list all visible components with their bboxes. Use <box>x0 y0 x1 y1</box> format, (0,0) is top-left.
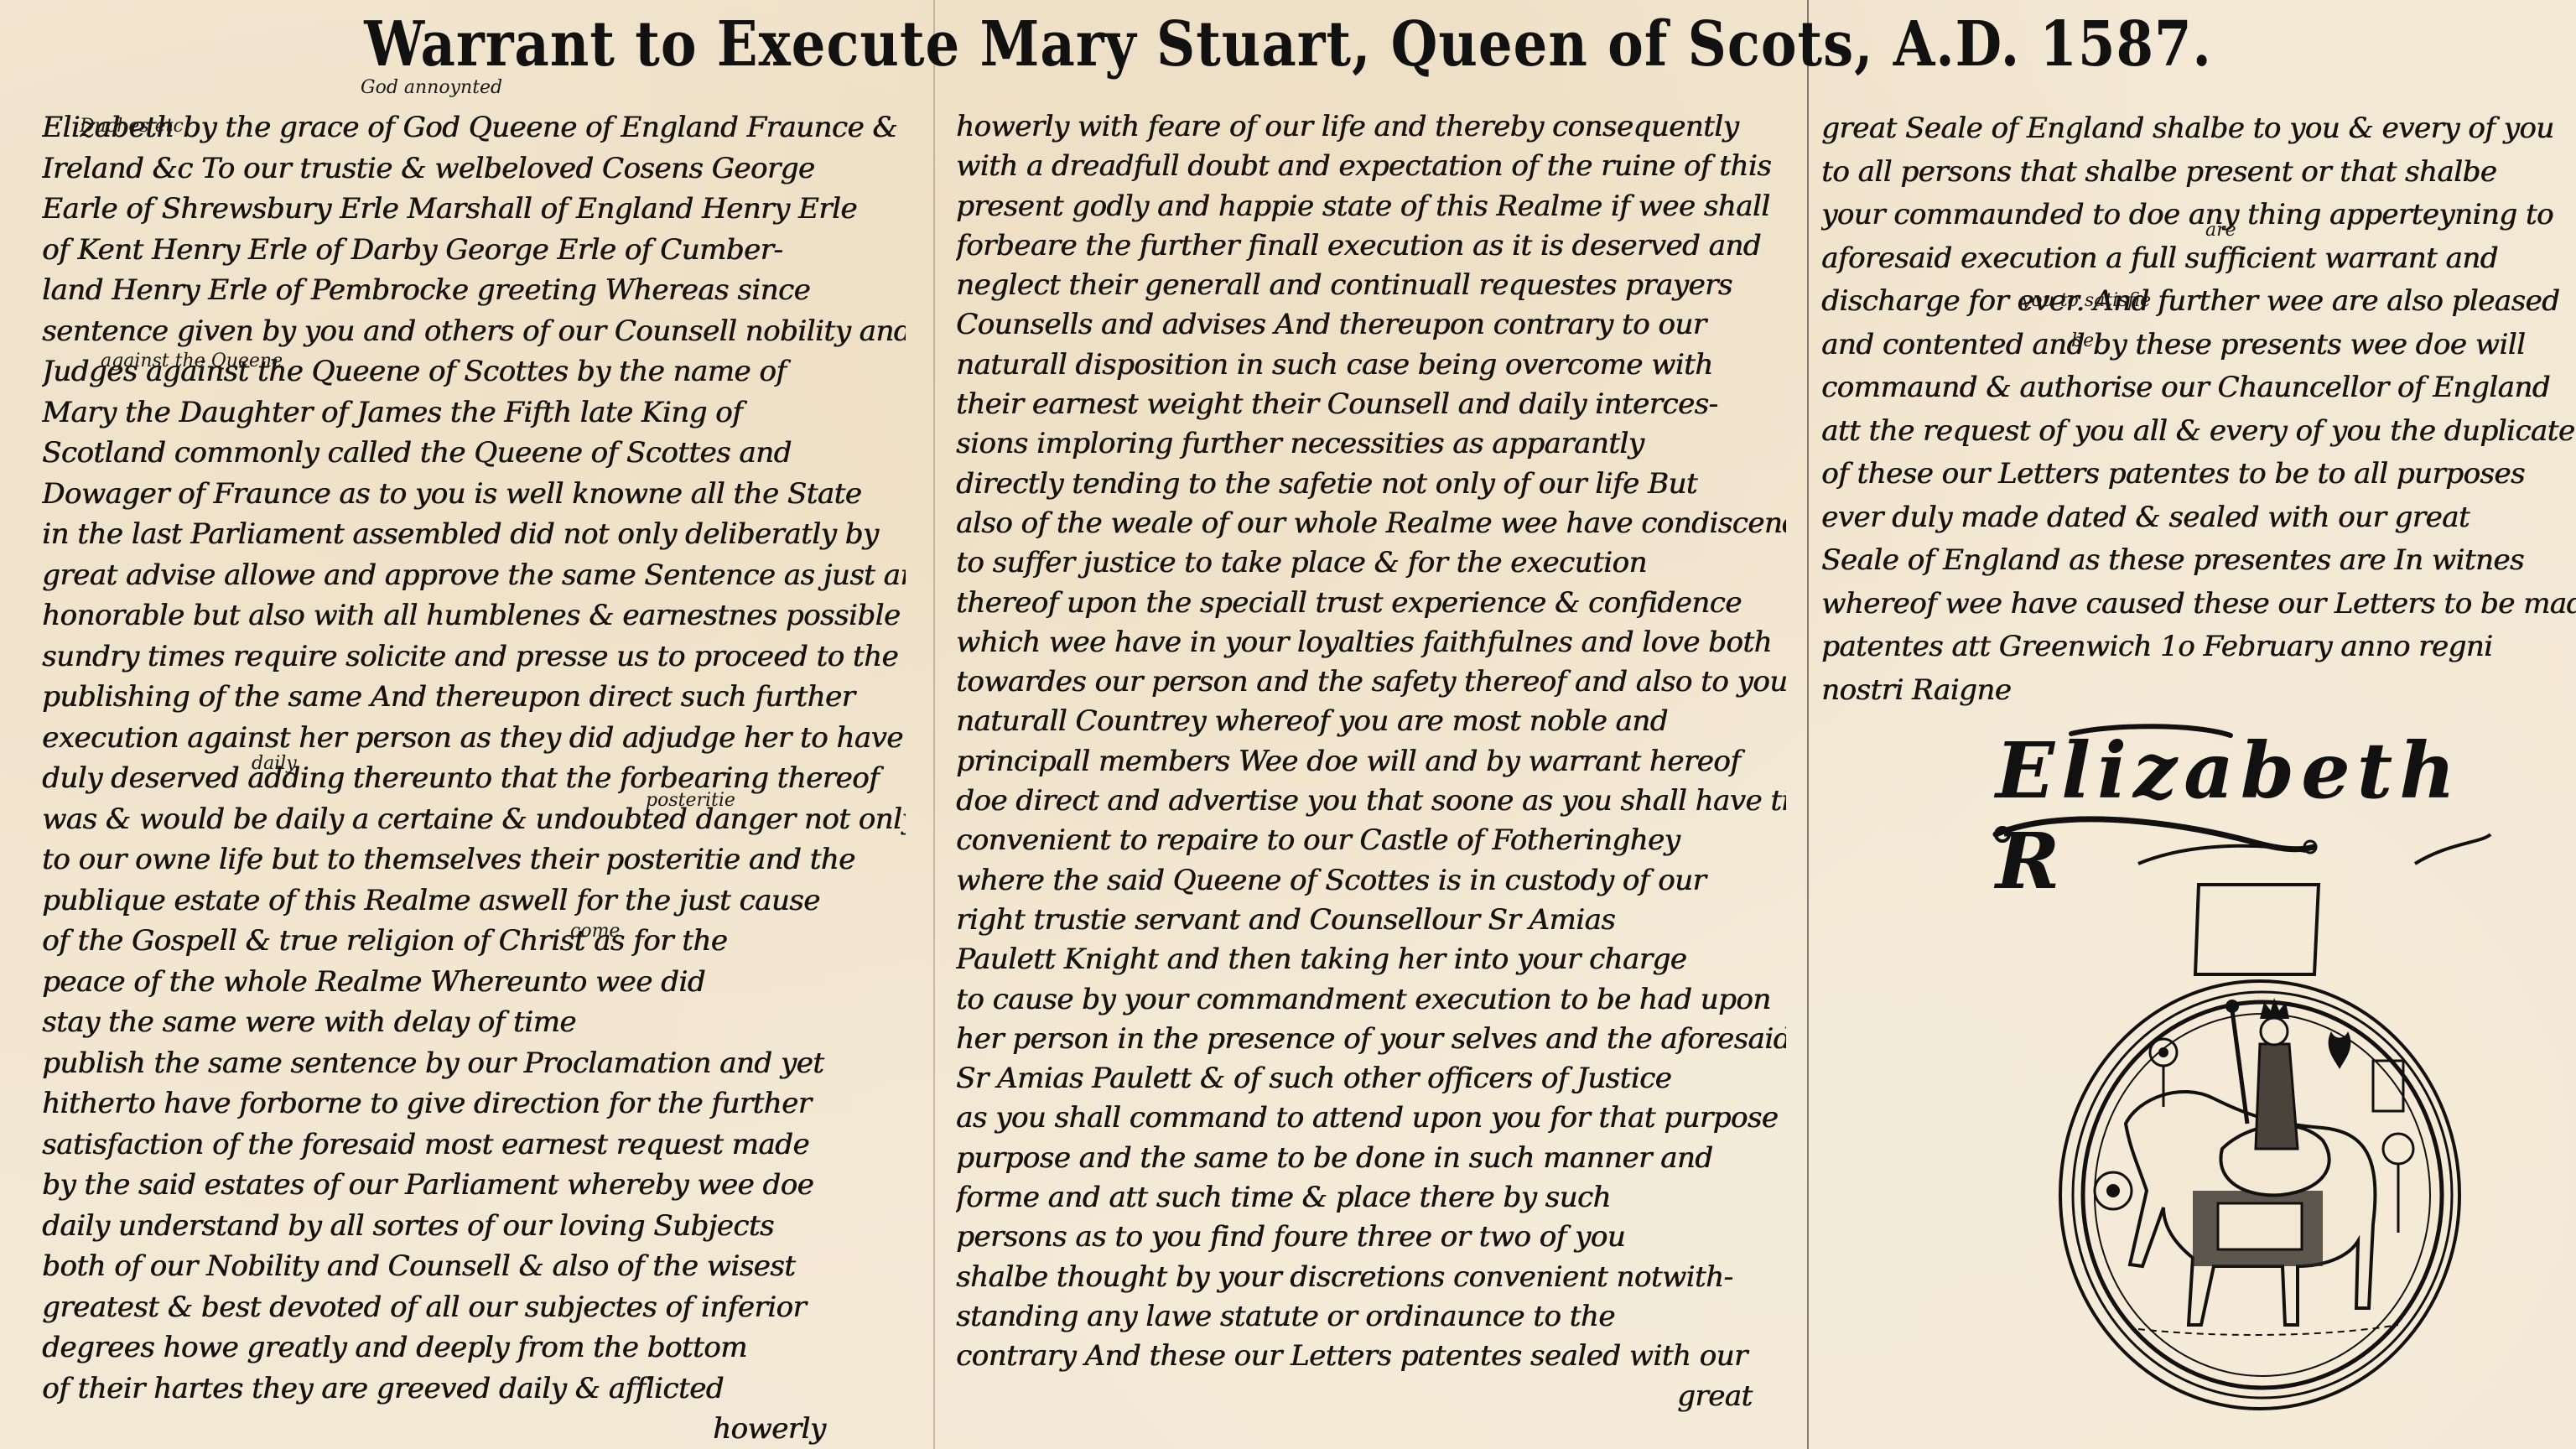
manuscript-line: nostri Raigne <box>1821 669 2576 713</box>
manuscript-line: forme and att such time & place there by… <box>956 1178 1786 1218</box>
manuscript-line: Earle of Shrewsbury Erle Marshall of Eng… <box>42 189 906 230</box>
manuscript-line: to our owne life but to themselves their… <box>42 839 906 880</box>
manuscript-line: publishing of the same And thereupon dir… <box>42 677 906 718</box>
manuscript-line: their earnest weight their Counsell and … <box>956 385 1786 424</box>
catchword: great <box>956 1377 1786 1416</box>
manuscript-line: great advise allowe and approve the same… <box>42 555 906 596</box>
interlinear-note: come <box>570 921 620 942</box>
manuscript-line: duly deserved adding thereunto that the … <box>42 758 906 799</box>
manuscript-line: her person in the presence of your selve… <box>956 1020 1786 1059</box>
manuscript-line: towardes our person and the safety there… <box>956 662 1786 702</box>
interlinear-note: God annoynted <box>361 77 502 98</box>
manuscript-line: contrary And these our Letters patentes … <box>956 1337 1786 1376</box>
manuscript-line: in the last Parliament assembled did not… <box>42 514 906 555</box>
interlinear-note: posteritie <box>646 790 735 811</box>
manuscript-line: of Kent Henry Erle of Darby George Erle … <box>42 230 906 271</box>
manuscript-line: publique estate of this Realme aswell fo… <box>42 880 906 922</box>
interlinear-note: you to satisfie <box>2021 290 2151 311</box>
fold-line-right <box>1807 0 1809 1449</box>
manuscript-line: whereof wee have caused these our Letter… <box>1821 583 2576 626</box>
fold-line-left <box>933 0 935 1449</box>
manuscript-line: of the Gospell & true religion of Christ… <box>42 921 906 962</box>
manuscript-line: ever duly made dated & sealed with our g… <box>1821 496 2576 540</box>
manuscript-line: stay the same were with delay of time <box>42 1002 906 1043</box>
manuscript-line: principall members Wee doe will and by w… <box>956 742 1786 782</box>
manuscript-line: doe direct and advertise you that soone … <box>956 782 1786 821</box>
manuscript-line: right trustie servant and Counsellour Sr… <box>956 901 1786 940</box>
manuscript-line: Counsells and advises And thereupon cont… <box>956 305 1786 345</box>
manuscript-line: of their hartes they are greeved daily &… <box>42 1368 906 1410</box>
royal-signature: Elizabeth R <box>1979 717 2499 876</box>
manuscript-line: greatest & best devoted of all our subje… <box>42 1287 906 1328</box>
manuscript-line: sions imploring further necessities as a… <box>956 424 1786 464</box>
manuscript-line: Ireland &c To our trustie & welbeloved C… <box>42 148 906 190</box>
text-column-3: great Seale of England shalbe to you & e… <box>1821 107 2576 712</box>
manuscript-line: by the said estates of our Parliament wh… <box>42 1165 906 1206</box>
manuscript-line: Scotland commonly called the Queene of S… <box>42 433 906 474</box>
manuscript-line: was & would be daily a certaine & undoub… <box>42 799 906 840</box>
manuscript-line: where the said Queene of Scottes is in c… <box>956 861 1786 901</box>
manuscript-line: neglect their generall and continuall re… <box>956 266 1786 305</box>
manuscript-line: Sr Amias Paulett & of such other officer… <box>956 1059 1786 1098</box>
manuscript-line: patentes att Greenwich 1o February anno … <box>1821 626 2576 669</box>
manuscript-line: naturall disposition in such case being … <box>956 345 1786 385</box>
manuscript-line: as you shall command to attend upon you … <box>956 1098 1786 1138</box>
manuscript-line: convenient to repaire to our Castle of F… <box>956 821 1786 860</box>
manuscript-line: to suffer justice to take place & for th… <box>956 543 1786 583</box>
text-column-1: Elizabeth by the grace of God Queene of … <box>42 107 906 1449</box>
manuscript-line: discharge for ever. And further wee are … <box>1821 280 2576 324</box>
manuscript-line: land Henry Erle of Pembrocke greeting Wh… <box>42 270 906 311</box>
text-column-2: howerly with feare of our life and there… <box>956 107 1786 1416</box>
interlinear-note: are <box>2205 220 2236 241</box>
manuscript-line: to cause by your commandment execution t… <box>956 980 1786 1020</box>
seal-icon <box>2046 872 2482 1417</box>
manuscript-line: thereof upon the speciall trust experien… <box>956 584 1786 623</box>
manuscript-line: aforesaid execution a full sufficient wa… <box>1821 237 2576 281</box>
manuscript-line: execution against her person as they did… <box>42 718 906 759</box>
great-seal <box>2046 872 2482 1417</box>
interlinear-note: daily <box>252 753 297 774</box>
manuscript-line: sundry times require solicite and presse… <box>42 636 906 678</box>
manuscript-line: hitherto have forborne to give direction… <box>42 1083 906 1124</box>
manuscript-line: great Seale of England shalbe to you & e… <box>1821 107 2576 151</box>
manuscript-line: sentence given by you and others of our … <box>42 311 906 352</box>
manuscript-line: forbeare the further finall execution as… <box>956 226 1786 266</box>
manuscript-line: your commaunded to doe any thing apperte… <box>1821 194 2576 237</box>
manuscript-line: with a dreadfull doubt and expectation o… <box>956 147 1786 186</box>
interlinear-note: be <box>2071 330 2094 351</box>
manuscript-line: degrees howe greatly and deeply from the… <box>42 1327 906 1368</box>
manuscript-line: howerly with feare of our life and there… <box>956 107 1786 147</box>
manuscript-line: directly tending to the safetie not only… <box>956 465 1786 504</box>
manuscript-line: also of the weale of our whole Realme we… <box>956 504 1786 543</box>
manuscript-line: publish the same sentence by our Proclam… <box>42 1043 906 1084</box>
manuscript-line: satisfaction of the foresaid most earnes… <box>42 1124 906 1166</box>
manuscript-line: Mary the Daughter of James the Fifth lat… <box>42 392 906 434</box>
manuscript-line: naturall Countrey whereof you are most n… <box>956 702 1786 741</box>
manuscript-line: Dowager of Fraunce as to you is well kno… <box>42 474 906 515</box>
manuscript-line: standing any lawe statute or ordinaunce … <box>956 1297 1786 1337</box>
manuscript-line: shalbe thought by your discretions conve… <box>956 1258 1786 1297</box>
interlinear-note: Duches etc. <box>80 116 190 137</box>
manuscript-line: present godly and happie state of this R… <box>956 187 1786 226</box>
interlinear-note: against the Queene <box>101 351 283 371</box>
catchword: howerly <box>42 1409 906 1449</box>
manuscript-line: purpose and the same to be done in such … <box>956 1139 1786 1178</box>
manuscript-line: commaund & authorise our Chauncellor of … <box>1821 366 2576 410</box>
manuscript-line: of these our Letters patentes to be to a… <box>1821 453 2576 496</box>
document-title: Warrant to Execute Mary Stuart, Queen of… <box>0 8 2576 80</box>
manuscript-line: honorable but also with all humblenes & … <box>42 595 906 636</box>
manuscript-line: both of our Nobility and Counsell & also… <box>42 1246 906 1287</box>
manuscript-line: to all persons that shalbe present or th… <box>1821 151 2576 195</box>
manuscript-line: Paulett Knight and then taking her into … <box>956 940 1786 979</box>
manuscript-line: att the request of you all & every of yo… <box>1821 410 2576 454</box>
manuscript-line: which wee have in your loyalties faithfu… <box>956 623 1786 662</box>
manuscript-line: daily understand by all sortes of our lo… <box>42 1206 906 1247</box>
manuscript-line: persons as to you find foure three or tw… <box>956 1218 1786 1257</box>
manuscript-line: peace of the whole Realme Whereunto wee … <box>42 962 906 1003</box>
manuscript-line: Seale of England as these presentes are … <box>1821 539 2576 583</box>
manuscript-line: and contented and by these presents wee … <box>1821 324 2576 367</box>
